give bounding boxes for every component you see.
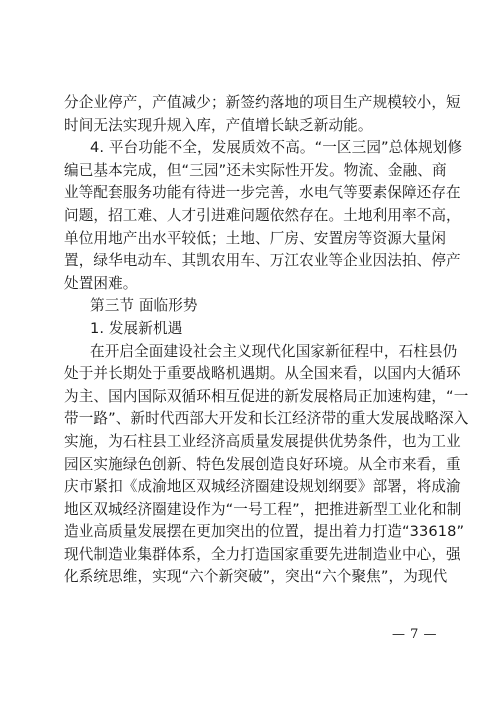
text-line: 实施，为石柱县工业经济高质量发展提供优势条件，也为工业 (64, 431, 437, 454)
text-line: 造业高质量发展摆在更加突出的位置，提出着力打造“33618” (64, 521, 437, 544)
text-line: 单位用地产出水平较低；土地、厂房、安置房等资源大量闲 (64, 228, 437, 251)
text-line: 编已基本完成，但“三园”还未实际性开发。物流、金融、商 (64, 160, 437, 183)
text-line: 4. 平台功能不全，发展质效不高。“一区三园”总体规划修 (64, 137, 437, 160)
text-line: 时间无法实现升规入库，产值增长缺乏新动能。 (64, 115, 437, 138)
text-line: 在开启全面建设社会主义现代化国家新征程中，石柱县仍 (64, 341, 437, 364)
text-line: 园区实施绿色创新、特色发展创造良好环境。从全市来看，重 (64, 454, 437, 477)
text-line: 地区双城经济圈建设作为“一号工程”，把推进新型工业化和制 (64, 499, 437, 522)
text-line: 1. 发展新机遇 (64, 318, 437, 341)
text-line: 处于并长期处于重要战略机遇期。从全国来看，以国内大循环 (64, 363, 437, 386)
text-line: 第三节 面临形势 (64, 295, 437, 318)
body-text: 分企业停产，产值减少；新签约落地的项目生产规模较小，短时间无法实现升规入库，产值… (64, 92, 437, 589)
page-number: — 7 — (380, 627, 437, 642)
document-page: 分企业停产，产值减少；新签约落地的项目生产规模较小，短时间无法实现升规入库，产值… (0, 0, 500, 707)
text-line: 问题，招工难、人才引进难问题依然存在。土地利用率不高， (64, 205, 437, 228)
text-line: 为主、国内国际双循环相互促进的新发展格局正加速构建，“一 (64, 386, 437, 409)
text-line: 带一路”、新时代西部大开发和长江经济带的重大发展战略深入 (64, 408, 437, 431)
text-line: 分企业停产，产值减少；新签约落地的项目生产规模较小，短 (64, 92, 437, 115)
text-line: 置，绿华电动车、其凯农用车、万江农业等企业因法拍、停产 (64, 250, 437, 273)
text-line: 现代制造业集群体系，全力打造国家重要先进制造业中心，强 (64, 544, 437, 567)
text-line: 处置困难。 (64, 273, 437, 296)
text-line: 化系统思维，实现“六个新突破”，突出“六个聚焦”，为现代 (64, 566, 437, 589)
text-line: 业等配套服务功能有待进一步完善，水电气等要素保障还存在 (64, 182, 437, 205)
text-line: 庆市紧扣《成渝地区双城经济圈建设规划纲要》部署，将成渝 (64, 476, 437, 499)
